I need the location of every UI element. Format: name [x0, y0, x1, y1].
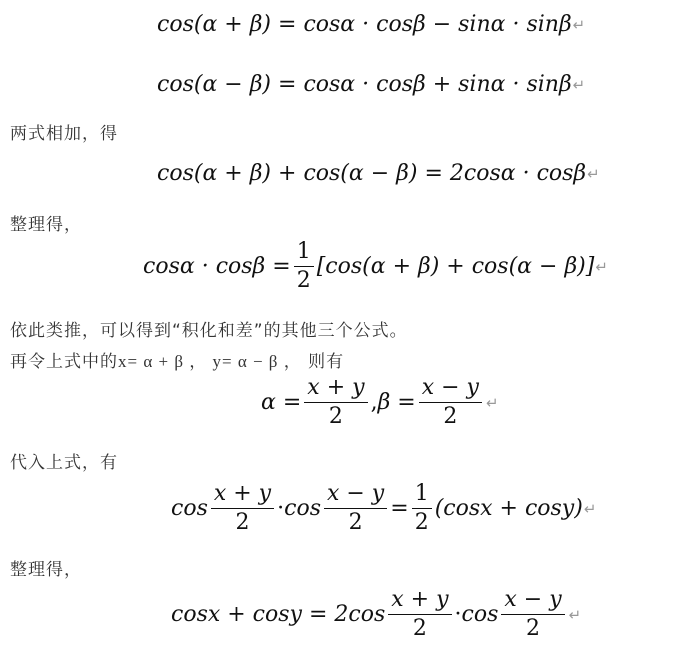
fraction-numerator: x − y — [419, 376, 482, 403]
fraction-x-plus-y-over-2: x + y 2 — [211, 482, 274, 535]
dot-operator: · — [277, 496, 284, 521]
fraction-x-plus-y-over-2: x + y 2 — [304, 376, 367, 429]
fraction-numerator: x − y — [324, 482, 387, 509]
paragraph-mark-icon: ↵ — [573, 76, 586, 94]
equation-sum-to-product: cosx + cosy = 2cos x + y 2 · cos x − y 2… — [171, 588, 581, 641]
fraction-numerator: 1 — [294, 240, 314, 267]
fraction-denominator: 2 — [526, 615, 540, 641]
fraction-numerator: x + y — [304, 376, 367, 403]
fraction-x-minus-y-over-2: x − y 2 — [419, 376, 482, 429]
cos-label: cos — [284, 496, 321, 521]
fraction-denominator: 2 — [297, 267, 311, 293]
fraction-denominator: 2 — [349, 509, 363, 535]
fraction-denominator: 2 — [413, 615, 427, 641]
fraction-one-half: 1 2 — [412, 482, 432, 535]
paragraph-simplify-2: 整理得， — [10, 555, 82, 580]
equation-alpha-beta: α = x + y 2 , β = x − y 2 ↵ — [261, 376, 499, 429]
paragraph-substitution-setup: 再令上式中的x= α + β ， y= α − β ， 则有 — [10, 347, 344, 372]
fraction-x-plus-y-over-2: x + y 2 — [388, 588, 451, 641]
inline-math-xy: x= α + β ， y= α − β ， — [118, 352, 302, 371]
fraction-numerator: x + y — [211, 482, 274, 509]
paragraph-mark-icon: ↵ — [569, 606, 582, 624]
cos-label: cos — [462, 602, 499, 627]
paragraph-by-analogy: 依此类推，可以得到“积化和差”的其他三个公式。 — [10, 316, 408, 341]
paragraph-prefix: 再令上式中的 — [10, 352, 118, 372]
equation-text: cos(α − β) = cosα · cosβ + sinα · sinβ — [157, 72, 572, 97]
cos-label: cos — [171, 496, 208, 521]
fraction-denominator: 2 — [415, 509, 429, 535]
paragraph-add-two-equations: 两式相加，得 — [10, 119, 118, 144]
paragraph-simplify: 整理得， — [10, 210, 82, 235]
equation-rhs: (cosx + cosy) — [435, 496, 583, 521]
paragraph-suffix: 则有 — [302, 352, 344, 372]
paragraph-mark-icon: ↵ — [486, 394, 499, 412]
fraction-denominator: 2 — [329, 403, 343, 429]
beta-lhs: β = — [378, 390, 416, 415]
fraction-numerator: 1 — [412, 482, 432, 509]
alpha-lhs: α = — [261, 390, 301, 415]
fraction-one-half: 1 2 — [294, 240, 314, 293]
fraction-numerator: x + y — [388, 588, 451, 615]
paragraph-substitute: 代入上式，有 — [10, 448, 118, 473]
equation-cos-sum: cos(α + β) = cosα · cosβ − sinα · sinβ ↵ — [157, 12, 585, 37]
paragraph-mark-icon: ↵ — [587, 165, 600, 183]
equation-cos-difference: cos(α − β) = cosα · cosβ + sinα · sinβ ↵ — [157, 72, 585, 97]
fraction-numerator: x − y — [501, 588, 564, 615]
equation-lhs: cosx + cosy = 2cos — [171, 602, 385, 627]
equation-text: cos(α + β) + cos(α − β) = 2cosα · cosβ — [157, 161, 586, 186]
paragraph-mark-icon: ↵ — [573, 16, 586, 34]
comma: , — [371, 390, 378, 415]
equation-product-to-sum: cosα · cosβ = 1 2 [cos(α + β) + cos(α − … — [143, 240, 608, 293]
equation-lhs: cosα · cosβ = — [143, 254, 291, 279]
paragraph-mark-icon: ↵ — [595, 258, 608, 276]
dot-operator: · — [455, 602, 462, 627]
fraction-denominator: 2 — [443, 403, 457, 429]
fraction-x-minus-y-over-2: x − y 2 — [501, 588, 564, 641]
equation-rhs: [cos(α + β) + cos(α − β)] — [317, 254, 595, 279]
fraction-denominator: 2 — [235, 509, 249, 535]
paragraph-mark-icon: ↵ — [584, 500, 597, 518]
equation-text: cos(α + β) = cosα · cosβ − sinα · sinβ — [157, 12, 572, 37]
equation-substituted: cos x + y 2 · cos x − y 2 = 1 2 (cosx + … — [171, 482, 596, 535]
fraction-x-minus-y-over-2: x − y 2 — [324, 482, 387, 535]
equation-sum-of-cos: cos(α + β) + cos(α − β) = 2cosα · cosβ ↵ — [157, 161, 600, 186]
equals-sign: = — [390, 496, 408, 521]
